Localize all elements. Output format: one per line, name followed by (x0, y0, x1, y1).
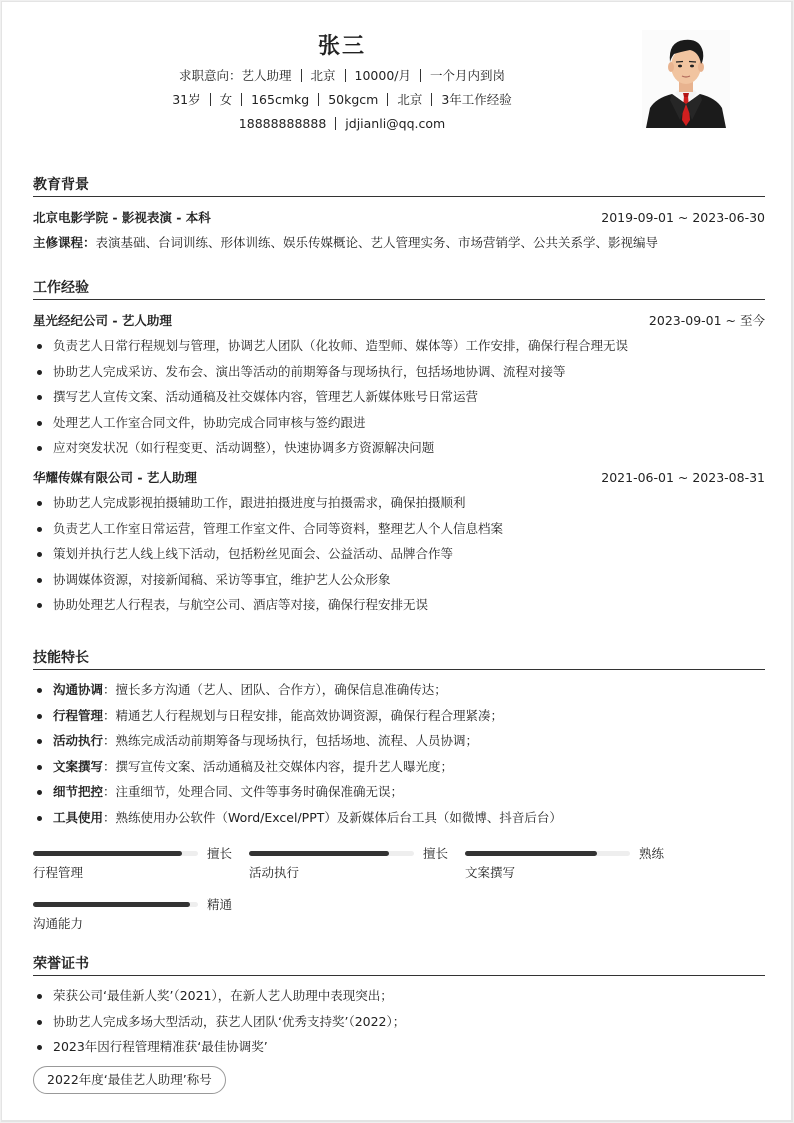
list-item: 2023年因行程管理精准获‘最佳协调奖’ (33, 1034, 765, 1060)
courses-line: 主修课程：表演基础、台词训练、形体训练、娱乐传媒概论、艺人管理实务、市场营销学、… (33, 230, 765, 255)
skill-label: 工具使用 (53, 810, 103, 825)
list-item: 负责艺人工作室日常运营，管理工作室文件、合同等资料，整理艺人个人信息档案 (33, 516, 765, 542)
intent-city: 北京 (311, 68, 336, 83)
skill-name: 活动执行 (249, 864, 299, 882)
personal-info-line: 31岁女165cmkg50kgcm北京3年工作经验 (2, 88, 682, 112)
separator (210, 93, 211, 106)
separator (241, 93, 242, 106)
skill-desc: ：撰写宣传文案、活动通稿及社交媒体内容，提升艺人曝光度； (103, 759, 453, 774)
skill-desc: ：精通艺人行程规划与日程安排，能高效协调资源，确保行程合理紧凑； (103, 708, 503, 723)
skill-bar-fill (33, 902, 190, 907)
separator (318, 93, 319, 106)
skill-level: 擅长 (207, 846, 232, 862)
skill-desc: ：擅长多方沟通（艺人、团队、合作方），确保信息准确传达； (103, 682, 447, 697)
height: 165cmkg (251, 92, 309, 107)
contact-line: 18888888888jdjianli@qq.com (2, 112, 682, 136)
list-item: 沟通协调：擅长多方沟通（艺人、团队、合作方），确保信息准确传达； (33, 677, 765, 703)
list-item: 活动执行：熟练完成活动前期筹备与现场执行，包括场地、流程、人员协调； (33, 728, 765, 754)
skill-bar-track (33, 902, 198, 907)
job-duties-list: 负责艺人日常行程规划与管理，协调艺人团队（化妆师、造型师、媒体等）工作安排，确保… (33, 333, 765, 461)
expected-salary: 10000/月 (355, 68, 411, 83)
skill-label: 行程管理 (53, 708, 103, 723)
list-item: 荣获公司‘最佳新人奖’（2021），在新人艺人助理中表现突出； (33, 983, 765, 1009)
job-row: 华耀传媒有限公司 - 艺人助理 2021-06-01 ~ 2023-08-31 (33, 465, 765, 490)
skill-name: 行程管理 (33, 864, 83, 882)
job-intent: 求职意向：艺人助理 (179, 68, 292, 83)
section-title-education: 教育背景 (33, 173, 765, 197)
gender: 女 (220, 92, 233, 107)
courses-label: 主修课程： (33, 235, 96, 250)
skill-bar-track (33, 851, 198, 856)
separator (387, 93, 388, 106)
skill-label: 沟通协调 (53, 682, 103, 697)
separator (431, 93, 432, 106)
list-item: 处理艺人工作室合同文件，协助完成合同审核与签约跟进 (33, 410, 765, 436)
education-section: 教育背景 北京电影学院 - 影视表演 - 本科 2019-09-01 ~ 202… (33, 173, 765, 255)
work-section: 工作经验 星光经纪公司 - 艺人助理 2023-09-01 ~ 至今 负责艺人日… (33, 276, 765, 618)
list-item: 应对突发状况（如行程变更、活动调整），快速协调多方资源解决问题 (33, 435, 765, 461)
list-item: 细节把控：注重细节，处理合同、文件等事务时确保准确无误； (33, 779, 765, 805)
section-title-skills: 技能特长 (33, 646, 765, 670)
list-item: 协助艺人完成多场大型活动，获艺人团队‘优秀支持奖’（2022）； (33, 1009, 765, 1035)
age: 31岁 (172, 92, 200, 107)
resume-header: 张三 求职意向：艺人助理北京10000/月一个月内到岗 31岁女165cmkg5… (2, 30, 682, 136)
list-item: 文案撰写：撰写宣传文案、活动通稿及社交媒体内容，提升艺人曝光度； (33, 754, 765, 780)
list-item: 负责艺人日常行程规划与管理，协调艺人团队（化妆师、造型师、媒体等）工作安排，确保… (33, 333, 765, 359)
job-company-title: 华耀传媒有限公司 - 艺人助理 (33, 465, 197, 490)
job-company-title: 星光经纪公司 - 艺人助理 (33, 308, 172, 333)
skill-name: 文案撰写 (465, 864, 515, 882)
list-item: 行程管理：精通艺人行程规划与日程安排，能高效协调资源，确保行程合理紧凑； (33, 703, 765, 729)
skills-section: 技能特长 沟通协调：擅长多方沟通（艺人、团队、合作方），确保信息准确传达； 行程… (33, 646, 765, 831)
avatar-portrait-icon (642, 30, 730, 128)
email: jdjianli@qq.com (345, 116, 445, 131)
honors-list: 荣获公司‘最佳新人奖’（2021），在新人艺人助理中表现突出； 协助艺人完成多场… (33, 983, 765, 1060)
honor-tag: 2022年度‘最佳艺人助理’称号 (33, 1066, 226, 1094)
skill-level: 熟练 (639, 846, 664, 862)
courses-list: 表演基础、台词训练、形体训练、娱乐传媒概论、艺人管理实务、市场营销学、公共关系学… (96, 235, 659, 250)
skill-label: 文案撰写 (53, 759, 103, 774)
skill-bar-fill (465, 851, 597, 856)
separator (301, 69, 302, 82)
skill-level: 擅长 (423, 846, 448, 862)
availability: 一个月内到岗 (430, 68, 505, 83)
job-period: 2021-06-01 ~ 2023-08-31 (601, 465, 765, 490)
experience-years: 3年工作经验 (441, 92, 511, 107)
phone: 18888888888 (239, 116, 326, 131)
school-major-degree: 北京电影学院 - 影视表演 - 本科 (33, 205, 211, 230)
skill-label: 细节把控 (53, 784, 103, 799)
skill-bar-track (465, 851, 630, 856)
education-row: 北京电影学院 - 影视表演 - 本科 2019-09-01 ~ 2023-06-… (33, 205, 765, 230)
skill-bar-track (249, 851, 414, 856)
list-item: 工具使用：熟练使用办公软件（Word/Excel/PPT）及新媒体后台工具（如微… (33, 805, 765, 831)
list-item: 协助艺人完成影视拍摄辅助工作，跟进拍摄进度与拍摄需求，确保拍摄顺利 (33, 490, 765, 516)
job-row: 星光经纪公司 - 艺人助理 2023-09-01 ~ 至今 (33, 308, 765, 333)
resume-page: 张三 求职意向：艺人助理北京10000/月一个月内到岗 31岁女165cmkg5… (1, 1, 793, 1122)
list-item: 协助处理艺人行程表，与航空公司、酒店等对接，确保行程安排无误 (33, 592, 765, 618)
weight: 50kgcm (328, 92, 378, 107)
list-item: 策划并执行艺人线上线下活动，包括粉丝见面会、公益活动、品牌合作等 (33, 541, 765, 567)
skill-label: 活动执行 (53, 733, 103, 748)
skill-desc: ：注重细节，处理合同、文件等事务时确保准确无误； (103, 784, 403, 799)
skill-name: 沟通能力 (33, 915, 83, 933)
candidate-name: 张三 (2, 30, 682, 64)
separator (345, 69, 346, 82)
honors-section: 荣誉证书 荣获公司‘最佳新人奖’（2021），在新人艺人助理中表现突出； 协助艺… (33, 952, 765, 1094)
list-item: 协助艺人完成采访、发布会、演出等活动的前期筹备与现场执行，包括场地协调、流程对接… (33, 359, 765, 385)
skill-level: 精通 (207, 897, 232, 913)
residence: 北京 (397, 92, 422, 107)
skill-desc: ：熟练完成活动前期筹备与现场执行，包括场地、流程、人员协调； (103, 733, 478, 748)
section-title-honors: 荣誉证书 (33, 952, 765, 976)
separator (420, 69, 421, 82)
list-item: 撰写艺人宣传文案、活动通稿及社交媒体内容，管理艺人新媒体账号日常运营 (33, 384, 765, 410)
separator (335, 117, 336, 130)
skill-desc: ：熟练使用办公软件（Word/Excel/PPT）及新媒体后台工具（如微博、抖音… (103, 810, 562, 825)
list-item: 协调媒体资源，对接新闻稿、采访等事宜，维护艺人公众形象 (33, 567, 765, 593)
skills-list: 沟通协调：擅长多方沟通（艺人、团队、合作方），确保信息准确传达； 行程管理：精通… (33, 677, 765, 831)
section-title-work: 工作经验 (33, 276, 765, 300)
job-duties-list: 协助艺人完成影视拍摄辅助工作，跟进拍摄进度与拍摄需求，确保拍摄顺利 负责艺人工作… (33, 490, 765, 618)
skill-bar-fill (33, 851, 182, 856)
job-period: 2023-09-01 ~ 至今 (649, 308, 765, 333)
education-period: 2019-09-01 ~ 2023-06-30 (601, 205, 765, 230)
skill-bar-fill (249, 851, 389, 856)
job-intent-line: 求职意向：艺人助理北京10000/月一个月内到岗 (2, 64, 682, 88)
